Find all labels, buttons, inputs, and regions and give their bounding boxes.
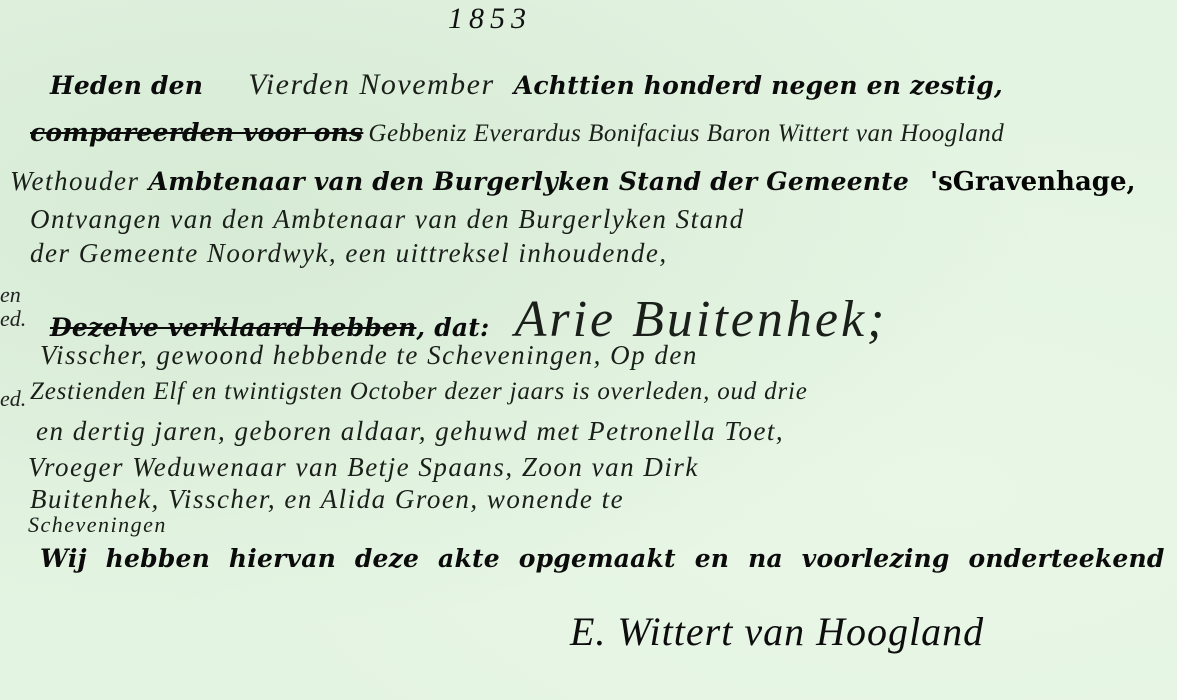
handwritten-title: Wethouder	[10, 166, 140, 196]
struck-printed-text: Dezelve verklaard hebben	[50, 313, 416, 342]
record-line-12: Scheveningen	[28, 512, 167, 538]
record-line-10: Vroeger Weduwenaar van Betje Spaans, Zoo…	[28, 452, 699, 483]
record-line-11: Buitenhek, Visscher, en Alida Groen, won…	[30, 484, 624, 515]
margin-note: ed.	[0, 386, 26, 412]
handwritten-text: Vroeger Weduwenaar van Betje Spaans, Zoo…	[28, 452, 699, 482]
record-line-13: Wij hebben hiervan deze akte opgemaakt e…	[40, 544, 1165, 573]
record-line-1: Heden den Vierden November Achttien hond…	[50, 68, 1003, 102]
printed-text: Achttien honderd negen en zestig,	[514, 71, 1003, 100]
margin-note: en	[0, 282, 21, 308]
record-line-9: en dertig jaren, geboren aldaar, gehuwd …	[36, 416, 784, 447]
handwritten-text: der Gemeente Noordwyk, een uittreksel in…	[30, 238, 668, 268]
handwritten-text: Scheveningen	[28, 512, 167, 537]
handwritten-text: Visscher, gewoond hebbende te Schevening…	[40, 340, 698, 370]
handwritten-text: Buitenhek, Visscher, en Alida Groen, won…	[30, 484, 624, 514]
handwritten-official-name: Gebbeniz Everardus Bonifacius Baron Witt…	[368, 120, 1004, 147]
handwritten-text: Ontvangen van den Ambtenaar van den Burg…	[30, 204, 745, 234]
printed-closing-text: Wij hebben hiervan deze akte opgemaakt e…	[40, 544, 1165, 573]
place-name: 'sGravenhage	[930, 167, 1126, 197]
printed-text: Heden den	[50, 71, 203, 100]
punctuation: ,	[1127, 167, 1136, 197]
record-line-2: compareerden voor ons Gebbeniz Everardus…	[30, 118, 1004, 148]
record-line-4: Ontvangen van den Ambtenaar van den Burg…	[30, 204, 745, 235]
struck-printed-text: compareerden voor ons	[30, 118, 363, 147]
handwritten-text: en dertig jaren, geboren aldaar, gehuwd …	[36, 416, 784, 446]
record-year: 1853	[448, 2, 532, 36]
record-line-3: Wethouder Ambtenaar van den Burgerlyken …	[10, 166, 1136, 197]
record-line-5: der Gemeente Noordwyk, een uittreksel in…	[30, 238, 668, 269]
record-line-8: Zestienden Elf en twintigsten October de…	[30, 378, 808, 406]
printed-text: , dat:	[416, 313, 489, 342]
civil-registry-record-page: 1853 en ed. ed. Heden den Vierden Novemb…	[0, 0, 1177, 700]
handwritten-date: Vierden November	[248, 68, 494, 101]
official-signature: E. Wittert van Hoogland	[570, 608, 984, 655]
record-line-7: Visscher, gewoond hebbende te Schevening…	[40, 340, 698, 371]
handwritten-text: Zestienden Elf en twintigsten October de…	[30, 378, 808, 405]
printed-text: Ambtenaar van den Burgerlyken Stand der …	[149, 167, 909, 196]
margin-note: ed.	[0, 306, 26, 332]
